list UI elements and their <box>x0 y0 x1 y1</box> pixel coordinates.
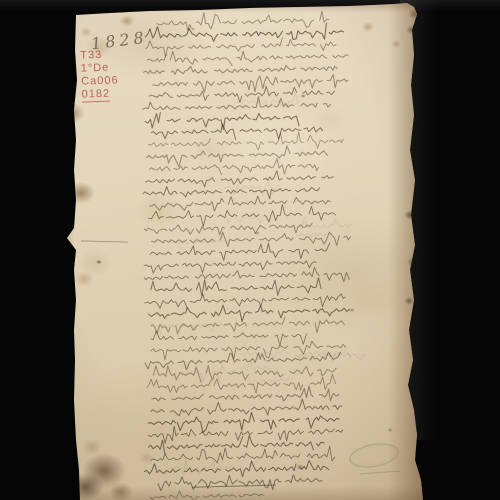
red-catalog-mark-4: 0182 <box>81 88 110 103</box>
red-catalog-marks: T33 1°De Ca006 0182 <box>80 48 119 102</box>
scan-background: 1828 T33 1°De Ca006 0182 <box>0 0 500 500</box>
red-catalog-mark-1: T33 <box>80 48 118 62</box>
page-edge-shading-left <box>55 0 75 500</box>
red-catalog-mark-3: Ca006 <box>81 74 119 88</box>
red-catalog-mark-2: 1°De <box>81 61 119 75</box>
manuscript-page: 1828 T33 1°De Ca006 0182 <box>55 0 430 500</box>
